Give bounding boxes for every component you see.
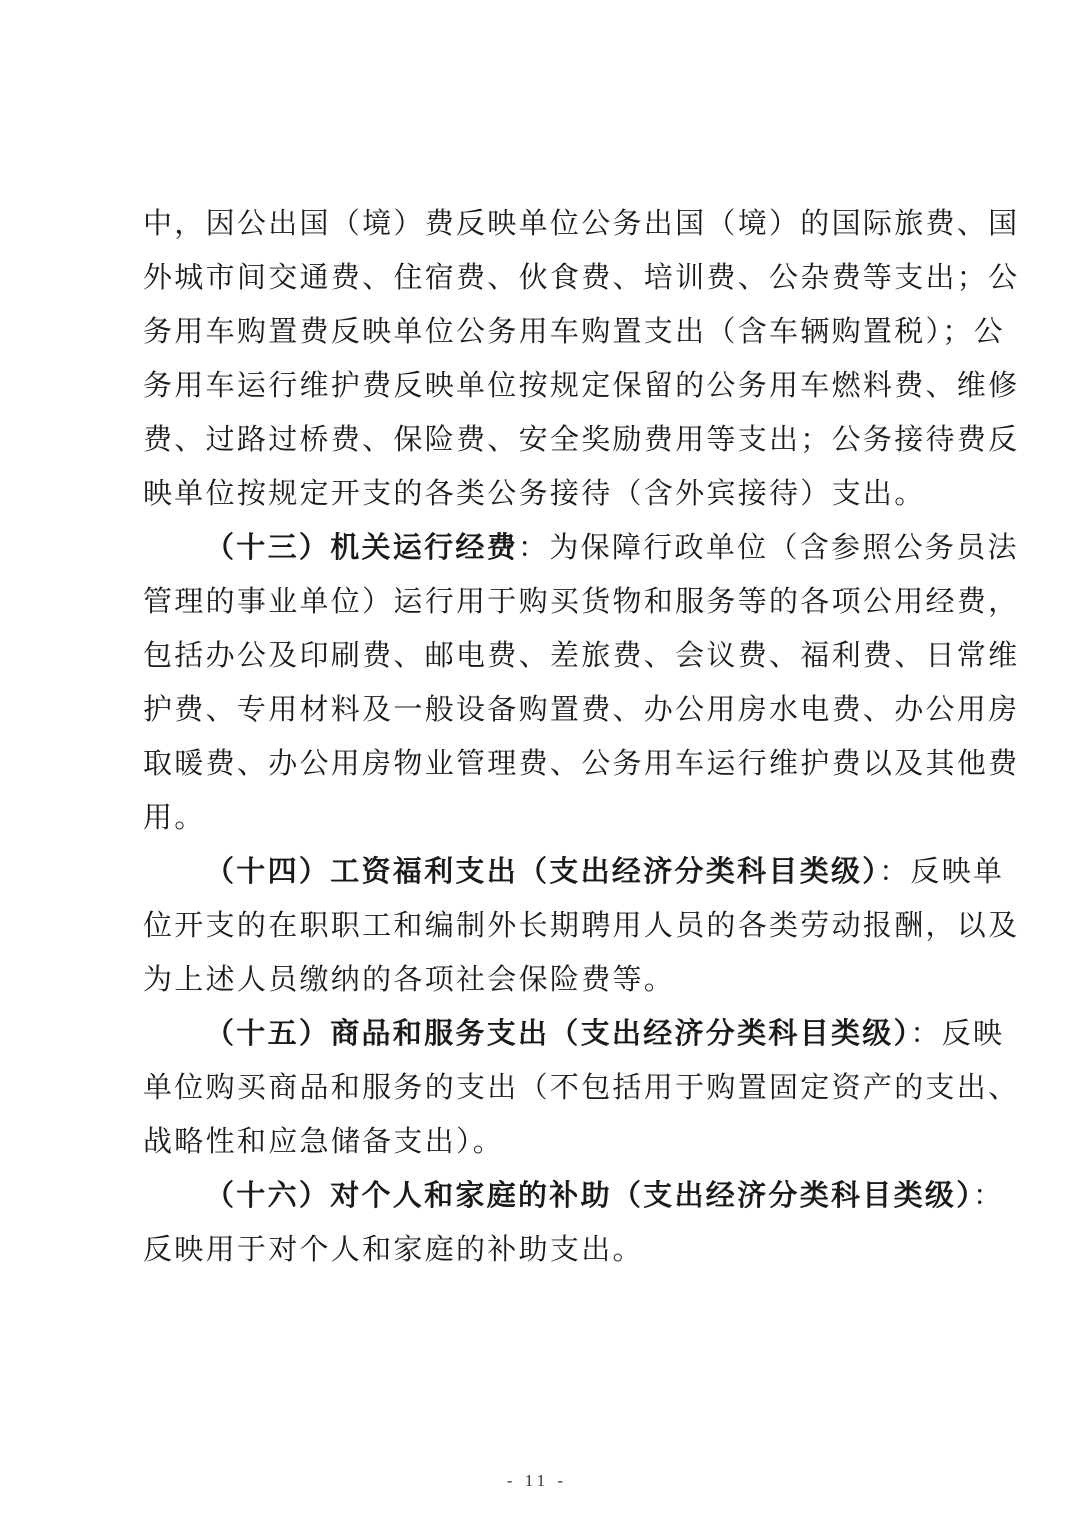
paragraph-line: 单位购买商品和服务的支出（不包括用于购置固定资产的支出、 xyxy=(143,1067,943,1107)
section-text: ： xyxy=(973,1178,1004,1212)
document-page: 中，因公出国（境）费反映单位公务出国（境）的国际旅费、国 外城市间交通费、住宿费… xyxy=(0,0,1074,1520)
paragraph-line: 反映用于对个人和家庭的补助支出。 xyxy=(143,1229,943,1269)
paragraph-line: 管理的事业单位）运行用于购买货物和服务等的各项公用经费， xyxy=(143,581,943,621)
section-heading: （十五）商品和服务支出（支出经济分类科目类级） xyxy=(205,1016,910,1050)
paragraph-line: 外城市间交通费、住宿费、伙食费、培训费、公杂费等支出；公 xyxy=(143,257,943,297)
section-text: ：反映 xyxy=(910,1016,1004,1050)
section-14-first-line: （十四）工资福利支出（支出经济分类科目类级）：反映单 xyxy=(205,851,943,891)
paragraph-line: 务用车购置费反映单位公务用车购置支出（含车辆购置税）；公 xyxy=(143,311,943,351)
section-text: ：反映单 xyxy=(879,854,1004,888)
paragraph-line: 位开支的在职职工和编制外长期聘用人员的各类劳动报酬，以及 xyxy=(143,905,943,945)
section-heading: （十三）机关运行经费 xyxy=(205,530,518,564)
paragraph-line: 中，因公出国（境）费反映单位公务出国（境）的国际旅费、国 xyxy=(143,203,943,243)
section-heading: （十四）工资福利支出（支出经济分类科目类级） xyxy=(205,854,879,888)
paragraph-line: 取暖费、办公用房物业管理费、公务用车运行维护费以及其他费 xyxy=(143,743,943,783)
section-heading: （十六）对个人和家庭的补助（支出经济分类科目类级） xyxy=(205,1178,973,1212)
section-16-first-line: （十六）对个人和家庭的补助（支出经济分类科目类级）： xyxy=(205,1175,943,1215)
page-number: - 11 - xyxy=(0,1471,1074,1491)
paragraph-line: 费、过路过桥费、保险费、安全奖励费用等支出；公务接待费反 xyxy=(143,419,943,459)
paragraph-line: 务用车运行维护费反映单位按规定保留的公务用车燃料费、维修 xyxy=(143,365,943,405)
section-15-first-line: （十五）商品和服务支出（支出经济分类科目类级）：反映 xyxy=(205,1013,943,1053)
paragraph-line: 映单位按规定开支的各类公务接待（含外宾接待）支出。 xyxy=(143,473,943,513)
section-13-first-line: （十三）机关运行经费：为保障行政单位（含参照公务员法 xyxy=(205,527,943,567)
paragraph-line: 用。 xyxy=(143,797,943,837)
paragraph-line: 包括办公及印刷费、邮电费、差旅费、会议费、福利费、日常维 xyxy=(143,635,943,675)
section-text: ：为保障行政单位（含参照公务员法 xyxy=(518,530,1019,564)
paragraph-line: 为上述人员缴纳的各项社会保险费等。 xyxy=(143,959,943,999)
paragraph-line: 战略性和应急储备支出）。 xyxy=(143,1121,943,1161)
paragraph-line: 护费、专用材料及一般设备购置费、办公用房水电费、办公用房 xyxy=(143,689,943,729)
